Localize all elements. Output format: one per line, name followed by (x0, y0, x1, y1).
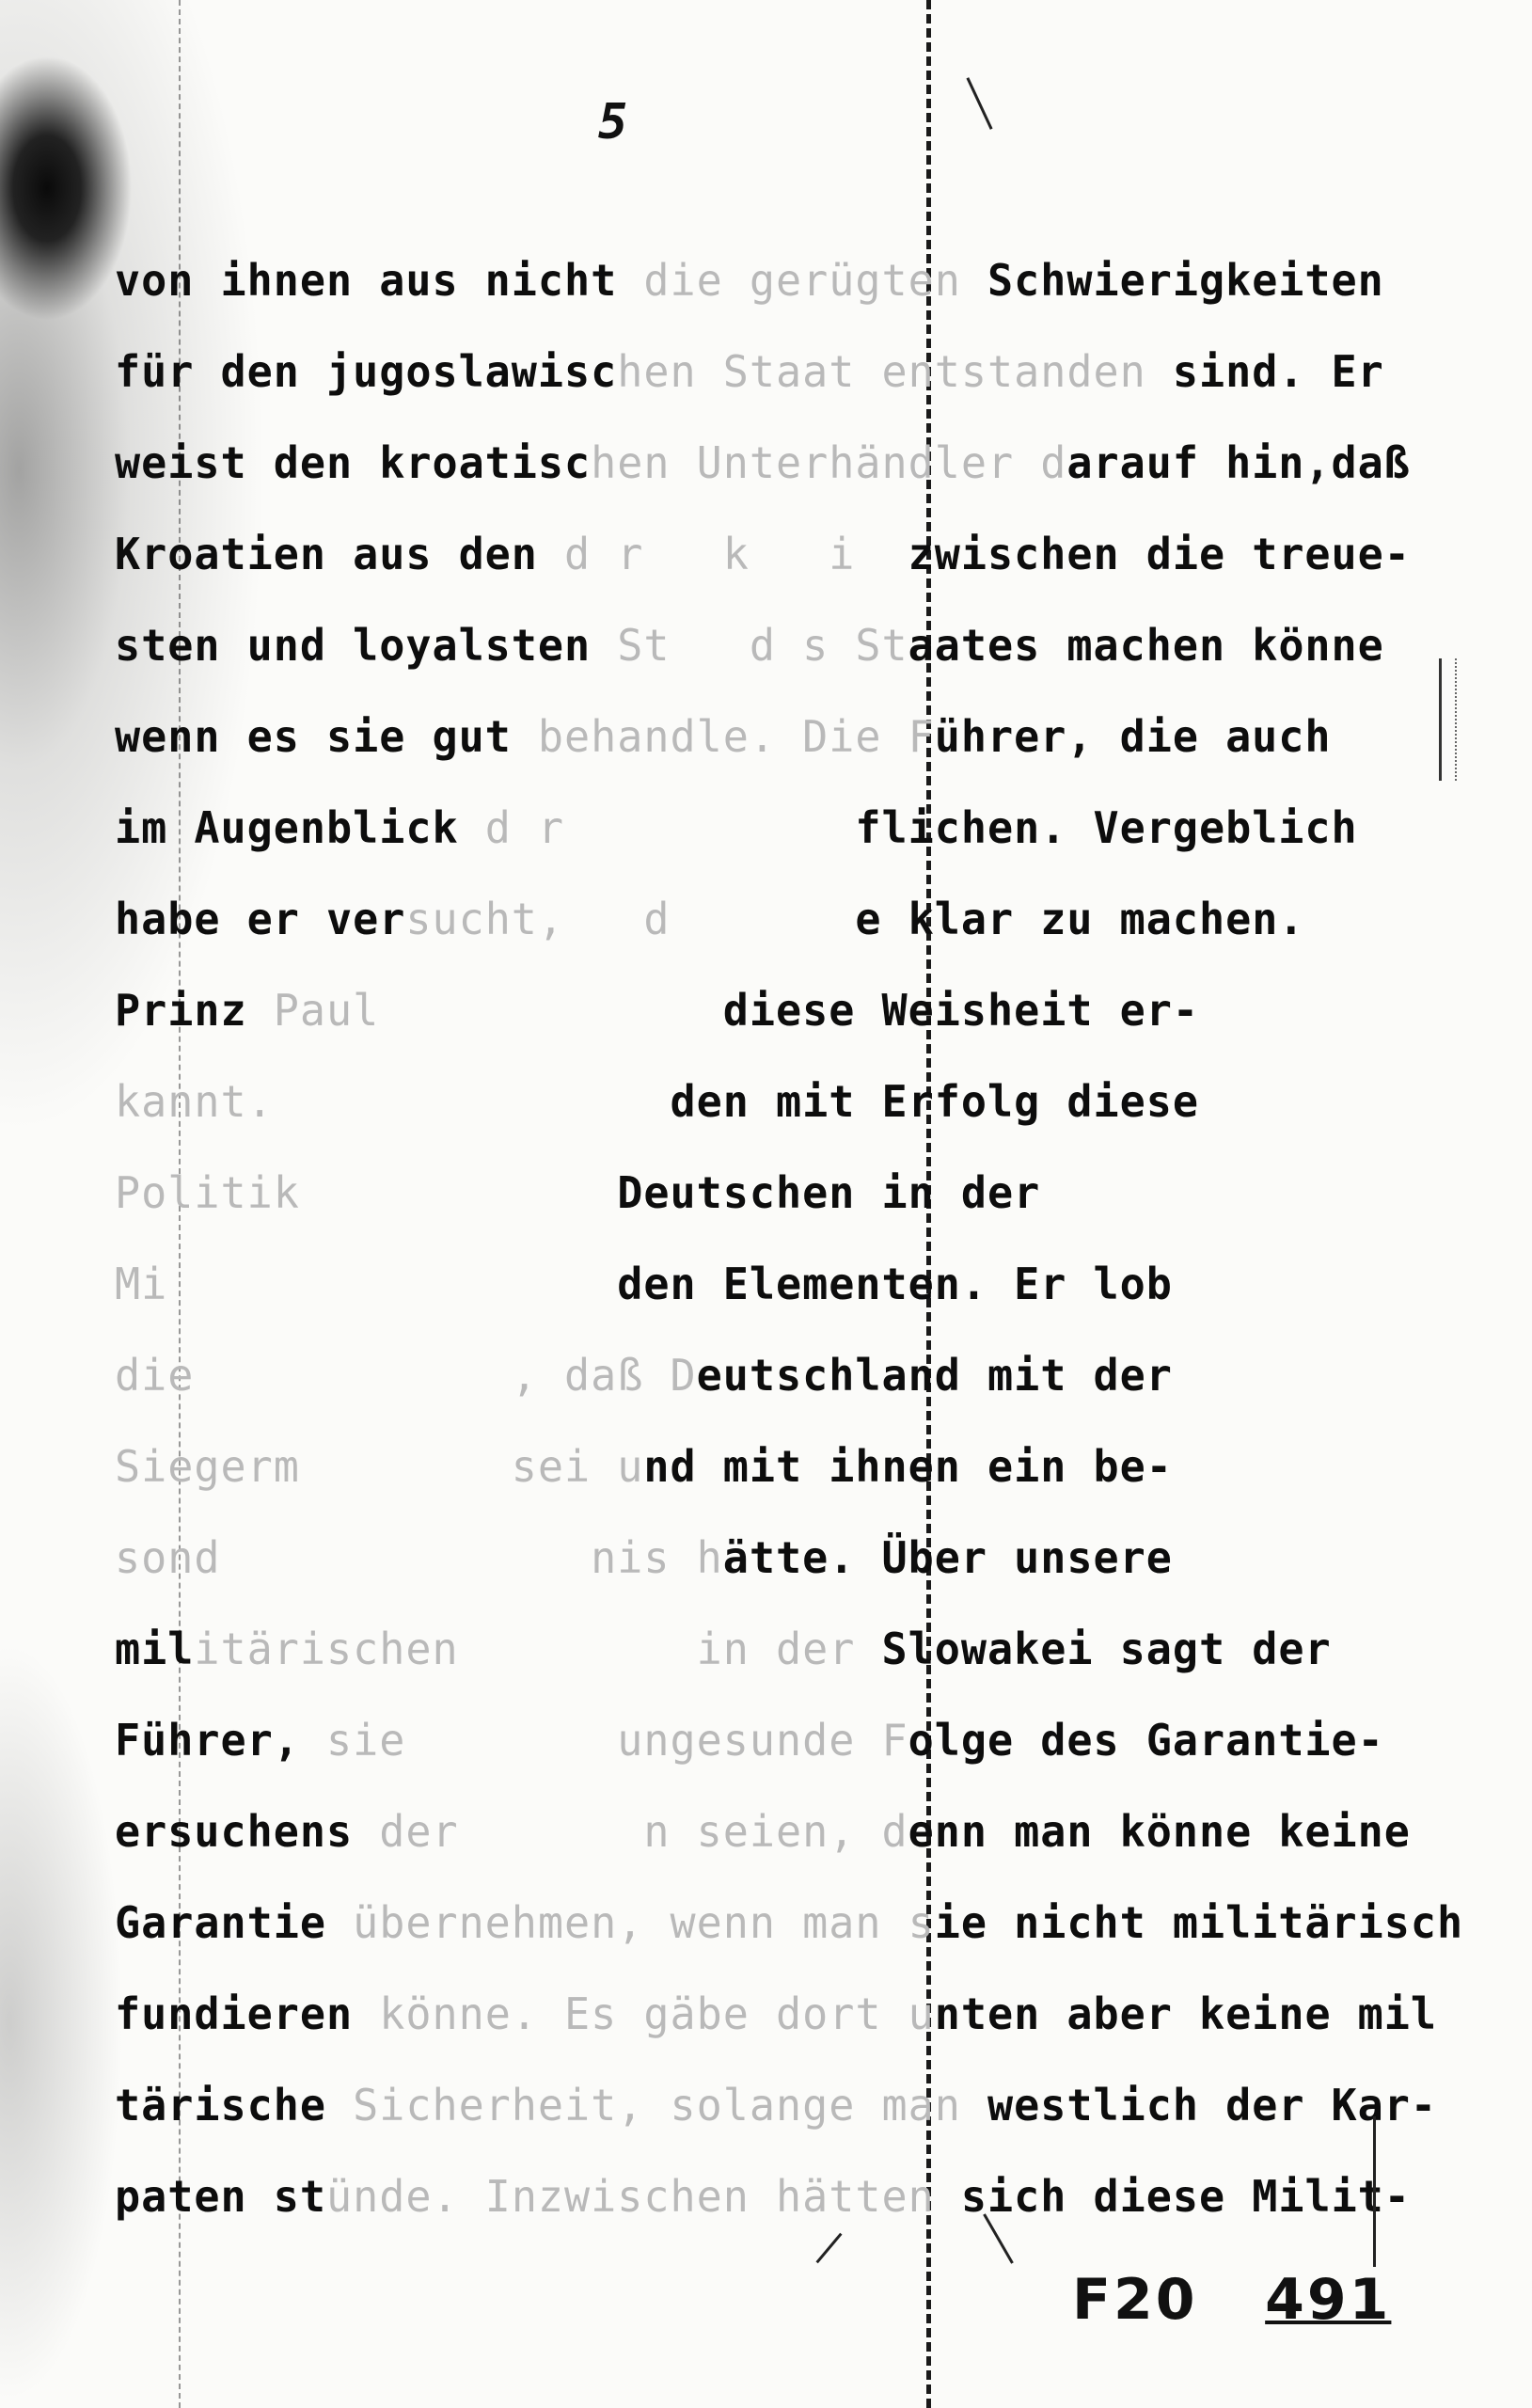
text-line: die , daß Deutschland mit der (115, 1330, 1442, 1421)
legible-text-segment: aates machen könne (908, 620, 1384, 671)
legible-text-segment: den mit Erfolg diese (671, 1076, 1199, 1127)
text-line: ersuchens der n seien, denn man könne ke… (115, 1786, 1442, 1877)
faded-text-segment: hen Staat entstanden (617, 346, 1145, 397)
pen-stroke-mark (966, 77, 992, 130)
faded-text-segment: die , daß D (115, 1350, 697, 1401)
legible-text-segment: paten st (115, 2171, 326, 2222)
faded-text-segment: könne. Es gäbe dort u (379, 1988, 935, 2039)
legible-text-segment: arauf hin,daß (1066, 437, 1411, 488)
legible-text-segment: Kroatien aus den (115, 529, 564, 579)
faded-text-segment: St d s St (591, 620, 908, 671)
faded-text-segment: sucht, d (405, 894, 855, 944)
legible-text-segment: ersuchens (115, 1806, 379, 1857)
text-line: Kroatien aus den d r k i zwischen die tr… (115, 509, 1442, 600)
faded-text-segment: Politik (115, 1167, 617, 1218)
text-line: Politik Deutschen in der (115, 1148, 1442, 1239)
legible-text-segment: tärische (115, 2080, 353, 2131)
legible-text-segment: ie nicht militärisch (935, 1897, 1463, 1948)
faded-text-segment: Mi (115, 1259, 617, 1309)
legible-text-segment: weist den kroatisc (115, 437, 591, 488)
legible-text-segment: flichen. Vergeblich (855, 802, 1357, 853)
faded-text-segment: Paul (274, 985, 723, 1036)
text-line: kannt. den mit Erfolg diese (115, 1056, 1442, 1148)
faded-text-segment: hen Unterhändler d (591, 437, 1066, 488)
text-line: wenn es sie gut behandle. Die Führer, di… (115, 691, 1442, 783)
legible-text-segment: Führer, (115, 1715, 326, 1766)
faded-text-segment: sond nis h (115, 1532, 723, 1583)
legible-text-segment: olge des Garantie- (908, 1715, 1384, 1766)
legible-text-segment: sten und loyalsten (115, 620, 591, 671)
legible-text-segment: nten aber keine mil (935, 1988, 1437, 2039)
text-line: Garantie übernehmen, wenn man sie nicht … (115, 1877, 1442, 1969)
legible-text-segment: Slowakei sagt der (882, 1624, 1332, 1674)
legible-text-segment: Deutschen in der (617, 1167, 1040, 1218)
text-line: Prinz Paul diese Weisheit er- (115, 965, 1442, 1056)
margin-bracket-mark (1439, 658, 1457, 781)
text-line: fundieren könne. Es gäbe dort unten aber… (115, 1969, 1442, 2060)
text-line: sten und loyalsten St d s Staates machen… (115, 600, 1442, 691)
faded-text-segment: der n seien, d (379, 1806, 908, 1857)
faded-text-segment: d r (459, 802, 856, 853)
faded-text-segment: sie ungesunde F (326, 1715, 908, 1766)
legible-text-segment: habe er ver (115, 894, 405, 944)
text-line: sond nis hätte. Über unsere (115, 1513, 1442, 1604)
archive-stamp-prefix: F20 (1072, 2267, 1197, 2333)
legible-text-segment: diese Weisheit er- (723, 985, 1199, 1036)
faded-text-segment: übernehmen, wenn man s (353, 1897, 935, 1948)
faded-text-segment: ünde. Inzwischen hätten (326, 2171, 935, 2222)
archive-stamp-number: 491 (1265, 2267, 1391, 2333)
text-line: weist den kroatischen Unterhändler darau… (115, 418, 1442, 509)
faded-text-segment: itärischen in der (194, 1624, 881, 1674)
text-line: militärischen in der Slowakei sagt der (115, 1604, 1442, 1695)
legible-text-segment: Prinz (115, 985, 274, 1036)
legible-text-segment: sich diese Milit- (935, 2171, 1411, 2222)
text-line: tärische Sicherheit, solange man westlic… (115, 2060, 1442, 2151)
text-line: Mi den Elementen. Er lob (115, 1239, 1442, 1330)
text-line: paten stünde. Inzwischen hätten sich die… (115, 2151, 1442, 2242)
faded-text-segment: d r k i (564, 529, 908, 579)
text-line: Siegerm sei und mit ihnen ein be- (115, 1421, 1442, 1513)
margin-vertical-mark (1373, 2116, 1376, 2267)
text-line: im Augenblick d r flichen. Vergeblich (115, 783, 1442, 874)
legible-text-segment: mil (115, 1624, 194, 1674)
legible-text-segment: Schwierigkeiten (987, 255, 1384, 306)
faded-text-segment: die gerügten (643, 255, 987, 306)
legible-text-segment: ührer, die auch (935, 711, 1332, 762)
faded-text-segment: kannt. (115, 1076, 671, 1127)
legible-text-segment: im Augenblick (115, 802, 459, 853)
archive-stamp: F20 491 (1072, 2267, 1391, 2333)
faded-text-segment: Sicherheit, solange man (353, 2080, 961, 2131)
legible-text-segment: ätte. Über unsere (723, 1532, 1173, 1583)
legible-text-segment: sind. Er (1146, 346, 1384, 397)
legible-text-segment: nd mit ihnen ein be- (643, 1441, 1172, 1492)
legible-text-segment: enn man könne keine (908, 1806, 1411, 1857)
legible-text-segment: Garantie (115, 1897, 353, 1948)
legible-text-segment: den Elementen. Er lob (617, 1259, 1173, 1309)
page-number: 5 (598, 94, 627, 150)
legible-text-segment: eutschland mit der (697, 1350, 1173, 1401)
text-line: von ihnen aus nicht die gerügten Schwier… (115, 235, 1442, 326)
scanned-page: 5 von ihnen aus nicht die gerügten Schwi… (0, 0, 1532, 2408)
legible-text-segment: westlich der Kar- (961, 2080, 1437, 2131)
typed-body-text: von ihnen aus nicht die gerügten Schwier… (115, 235, 1469, 2242)
legible-text-segment: wenn es sie gut (115, 711, 538, 762)
legible-text-segment: für den jugoslawisc (115, 346, 617, 397)
faded-text-segment: behandle. Die F (538, 711, 935, 762)
text-line: für den jugoslawischen Staat entstanden … (115, 326, 1442, 418)
legible-text-segment: fundieren (115, 1988, 379, 2039)
legible-text-segment: e klar zu machen. (855, 894, 1304, 944)
legible-text-segment: von ihnen aus nicht (115, 255, 643, 306)
faded-text-segment: Siegerm sei u (115, 1441, 643, 1492)
legible-text-segment: zwischen die treue- (908, 529, 1411, 579)
text-line: habe er versucht, d e klar zu machen. (115, 874, 1442, 965)
text-line: Führer, sie ungesunde Folge des Garantie… (115, 1695, 1442, 1786)
